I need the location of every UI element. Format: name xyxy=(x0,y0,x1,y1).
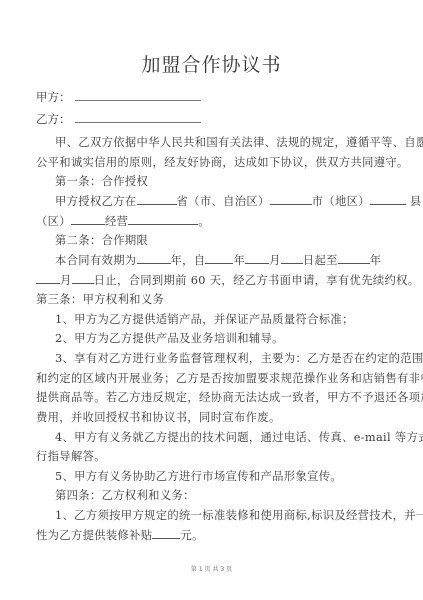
article-3-heading: 第三条：甲方权利和义务 xyxy=(36,291,391,309)
article-3-item-4-line-2: 行指导解答。 xyxy=(36,448,391,466)
article-3-item-3-line-3: 提供商品等。若乙方违反规定，经协商无法达成一致者，甲方不予退还各项加盟 xyxy=(36,389,391,407)
party-a-label: 甲方： xyxy=(36,90,71,104)
district-blank xyxy=(71,213,105,225)
city-blank xyxy=(270,193,312,205)
province-blank xyxy=(137,193,177,205)
party-b-label: 乙方： xyxy=(36,112,71,126)
article-3-item-3-line-4: 费用，并收回授权书和协议书，同时宣布作废。 xyxy=(36,409,391,427)
article-3-item-4-line-1: 4、甲方有义务就乙方提出的技术问题，通过电话、传真、e-mail 等方式进 xyxy=(55,429,391,447)
article-4-heading: 第四条：乙方权利和义务： xyxy=(55,487,391,505)
term-years-blank xyxy=(137,252,171,264)
document-page: 加盟合作协议书 甲方： 乙方： 甲、乙双方依据中华人民共和国有关法律、法规的规定… xyxy=(0,0,423,600)
party-a-field: 甲方： xyxy=(36,88,201,104)
start-month-blank xyxy=(245,252,269,264)
article-2-line-2: 月日止，合同到期前 60 天，经乙方书面申请，享有优先续约权。 xyxy=(36,272,391,290)
article-2-line-1: 本合同有效期为年，自年月日起至年 xyxy=(55,252,391,270)
start-day-blank xyxy=(281,252,303,264)
preamble-line-1: 甲、乙双方依据中华人民共和国有关法律、法规的规定，遵循平等、自愿、 xyxy=(55,134,391,152)
article-3-item-3-line-2: 和约定的区域内开展业务；乙方是否按加盟要求规范操作业务和店销售有非中心 xyxy=(36,370,391,388)
county-blank xyxy=(370,193,406,205)
article-3-item-3-line-1: 3、享有对乙方进行业务监督管理权利，主要为：乙方是否在约定的范围内 xyxy=(55,350,391,368)
subsidy-amount-blank xyxy=(152,527,180,539)
article-2-heading: 第二条：合作期限 xyxy=(55,232,391,250)
article-1-line-2: （区）经营。 xyxy=(36,213,391,231)
article-3-item-5: 5、甲方有义务协助乙方进行市场宣传和产品形象宣传。 xyxy=(55,468,391,486)
party-b-field: 乙方： xyxy=(36,110,201,126)
document-title: 加盟合作协议书 xyxy=(0,50,423,77)
page-footer: 第 1 页 共 3 页 xyxy=(0,564,423,573)
article-1-line-1: 甲方授权乙方在省（市、自治区）市（地区） 县 xyxy=(55,193,391,211)
party-b-blank xyxy=(75,110,201,123)
article-4-item-1-line-1: 1、乙方须按甲方规定的统一标准装修和使用商标,标识及经营技术，并一次 xyxy=(55,507,391,525)
end-day-blank xyxy=(72,272,94,284)
preamble-line-2: 公平和诚实信用的原则，经友好协商，达成如下协议，供双方共同遵守。 xyxy=(36,154,391,172)
article-4-item-1-line-2: 性为乙方提供装修补贴元。 xyxy=(36,527,391,545)
article-1-heading: 第一条：合作授权 xyxy=(55,173,391,191)
business-scope-blank xyxy=(128,213,198,225)
party-a-blank xyxy=(75,88,201,101)
end-year-blank xyxy=(338,252,370,264)
article-3-item-1: 1、甲方为乙方提供适销产品，并保证产品质量符合标准； xyxy=(55,311,391,329)
start-year-blank xyxy=(205,252,233,264)
end-month-blank xyxy=(36,272,60,284)
article-3-item-2: 2、甲方为乙方提供产品及业务培训和辅导。 xyxy=(55,330,391,348)
